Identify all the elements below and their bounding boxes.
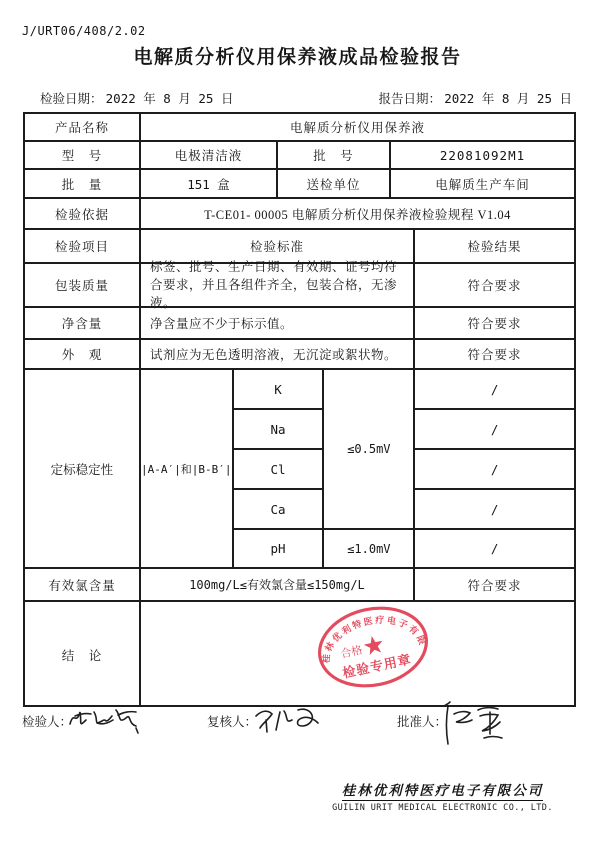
stability-result: /: [415, 370, 574, 410]
stability-name-col: 定标稳定性: [25, 370, 141, 567]
item-name: 净含量: [25, 308, 141, 338]
stability-result: /: [415, 530, 574, 567]
report-date-label: 报告日期：: [379, 92, 442, 106]
item-result: 符合要求: [415, 264, 574, 306]
table-row-net-content: 净含量 净含量应不少于标示值。 符合要求: [25, 308, 574, 340]
table-row-appearance: 外 观 试剂应为无色透明溶液，无沉淀或絮状物。 符合要求: [25, 340, 574, 370]
report-date: 报告日期： 2022 年 8 月 25 日: [379, 89, 572, 107]
table-row-packaging: 包装质量 标签、批号、生产日期、有效期、证号均符合要求，并且各组件齐全，包装合格…: [25, 264, 574, 308]
item-result: 符合要求: [415, 340, 574, 368]
table-row-chlorine: 有效氯含量 100mg/L≤有效氯含量≤150mg/L 符合要求: [25, 569, 574, 602]
inspection-date-label: 检验日期：: [40, 92, 103, 106]
ion-na: Na: [234, 410, 323, 450]
batch-qty-value: 151 盒: [141, 170, 278, 197]
submit-unit-label: 送检单位: [278, 170, 391, 197]
conclusion-row: 结 论: [25, 602, 574, 707]
stamp-star-icon: [362, 634, 384, 656]
basis-label: 检验依据: [25, 199, 141, 228]
approver-signature: [440, 698, 506, 750]
item-standard: 净含量应不少于标示值。: [141, 308, 415, 338]
company-footer: 桂林优利特医疗电子有限公司 GUILIN URIT MEDICAL ELECTR…: [310, 779, 575, 813]
ion-cl: Cl: [234, 450, 323, 490]
page-title: 电解质分析仪用保养液成品检验报告: [0, 42, 595, 69]
stability-name: 定标稳定性: [25, 370, 139, 567]
reviewer-signature: [252, 702, 332, 738]
stability-formula-col: |A-A′|和|B-B′|: [141, 370, 234, 567]
ion-ph: pH: [234, 530, 323, 567]
product-name-label: 产品名称: [25, 114, 141, 140]
basis-value: T-CE01- 00005 电解质分析仪用保养液检验规程 V1.04: [141, 199, 574, 228]
table-row: 批 量 151 盒 送检单位 电解质生产车间: [25, 170, 574, 199]
stability-result-col: / / / / /: [415, 370, 574, 567]
item-name: 包装质量: [25, 264, 141, 306]
spec-ph: ≤1.0mV: [324, 530, 413, 567]
stability-result: /: [415, 450, 574, 490]
model-value: 电极清洁液: [141, 142, 278, 168]
model-label: 型 号: [25, 142, 141, 168]
table-row: 型 号 电极清洁液 批 号 22081092M1: [25, 142, 574, 170]
chlorine-name: 有效氯含量: [25, 569, 141, 600]
item-standard: 试剂应为无色透明溶液，无沉淀或絮状物。: [141, 340, 415, 368]
stability-spec-col: ≤0.5mV ≤1.0mV: [324, 370, 415, 567]
report-date-value: 2022 年 8 月 25 日: [444, 91, 572, 106]
batch-no-label: 批 号: [278, 142, 391, 168]
item-col-header: 检验项目: [25, 230, 141, 262]
table-row: 产品名称 电解质分析仪用保养液: [25, 114, 574, 142]
spec-main: ≤0.5mV: [324, 370, 413, 530]
stamp-pass-text: 合格: [339, 642, 363, 660]
table-row: 检验依据 T-CE01- 00005 电解质分析仪用保养液检验规程 V1.04: [25, 199, 574, 230]
company-name-en: GUILIN URIT MEDICAL ELECTRONIC CO., LTD.: [310, 803, 575, 813]
result-col-header: 检验结果: [415, 230, 574, 262]
product-name-value: 电解质分析仪用保养液: [141, 114, 574, 140]
stability-formula: |A-A′|和|B-B′|: [141, 370, 232, 567]
chlorine-standard: 100mg/L≤有效氯含量≤150mg/L: [141, 569, 415, 600]
ion-k: K: [234, 370, 323, 410]
report-page: J/URT06/408/2.02 电解质分析仪用保养液成品检验报告 检验日期： …: [0, 0, 595, 842]
ion-ca: Ca: [234, 490, 323, 530]
document-code: J/URT06/408/2.02: [22, 24, 146, 38]
inspector-signature: [66, 702, 142, 736]
item-standard: 标签、批号、生产日期、有效期、证号均符合要求，并且各组件齐全，包装合格，无渗液。: [141, 264, 415, 306]
date-row: 检验日期： 2022 年 8 月 25 日 报告日期： 2022 年 8 月 2…: [24, 89, 572, 107]
stability-ion-col: K Na Cl Ca pH: [234, 370, 325, 567]
batch-no-value: 22081092M1: [391, 142, 574, 168]
stability-result: /: [415, 490, 574, 530]
batch-qty-label: 批 量: [25, 170, 141, 197]
company-name-cn: 桂林优利特医疗电子有限公司: [342, 779, 544, 801]
stability-row: 定标稳定性 |A-A′|和|B-B′| K Na Cl Ca pH ≤0.5mV…: [25, 370, 574, 569]
reviewer-label: 复核人：: [207, 712, 257, 730]
submit-unit-value: 电解质生产车间: [391, 170, 574, 197]
inspector-label: 检验人：: [22, 712, 72, 730]
chlorine-result: 符合要求: [415, 569, 574, 600]
inspection-date-value: 2022 年 8 月 25 日: [106, 91, 234, 106]
inspection-table: 产品名称 电解质分析仪用保养液 型 号 电极清洁液 批 号 22081092M1…: [23, 112, 576, 707]
inspection-date: 检验日期： 2022 年 8 月 25 日: [24, 89, 233, 107]
conclusion-label: 结 论: [25, 602, 141, 707]
stability-result: /: [415, 410, 574, 450]
item-result: 符合要求: [415, 308, 574, 338]
item-name: 外 观: [25, 340, 141, 368]
